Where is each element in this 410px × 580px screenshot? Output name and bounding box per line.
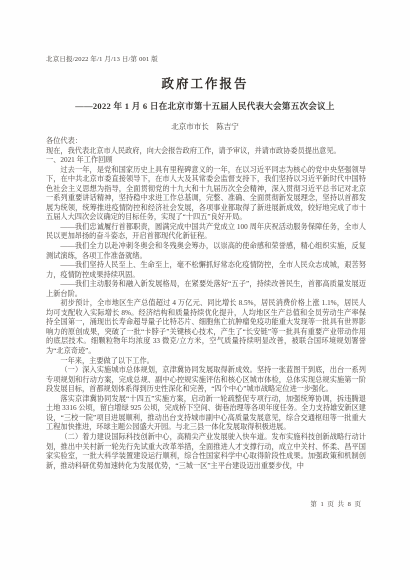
paragraph: ——我们全力以赴冲刺冬奥会和冬残奥会筹办，以崇高的使命感和荣誉感，精心组织实施，… <box>46 242 366 261</box>
paragraph: 过去一年，是党和国家历史上具有里程碑意义的一年，在以习近平同志为核心的党中央坚强… <box>46 166 366 223</box>
paragraph: （二）着力建设国际科技创新中心，高精尖产业发展驶入快车道。发布实施科技创新战略行… <box>46 433 366 471</box>
paragraph: ——我们坚持人民至上、生命至上，毫不松懈抓好常态化疫情防控，全市人民众志成城，艰… <box>46 261 366 280</box>
newspaper-masthead: 北京日报/2022 年/1 月/13 日/第 001 版 <box>46 54 158 63</box>
paragraph: 落实京津冀协同发展“十四五”实施方案，启动新一轮疏整促专项行动，加强统筹协调，拆… <box>46 395 366 433</box>
paragraph: 各位代表： <box>46 137 366 147</box>
report-byline: 北京市市长 陈吉宁 <box>0 121 410 132</box>
report-title: 政府工作报告 <box>0 74 410 92</box>
document-page: 北京日报/2022 年/1 月/13 日/第 001 版 政府工作报告 ——20… <box>0 0 410 580</box>
paragraph: 一年来，主要做了以下工作。 <box>46 357 366 367</box>
page-number: 第 1 页 共 8 页 <box>310 499 362 508</box>
paragraph: ——我们忠诚履行首都职责，圆满完成中国共产党成立 100 周年庆祝活动服务保障任… <box>46 223 366 242</box>
paragraph: 现在，我代表北京市人民政府，向大会报告政府工作，请予审议，并请市政协委员提出意见… <box>46 147 366 157</box>
report-body: 各位代表：现在，我代表北京市人民政府，向大会报告政府工作，请予审议，并请市政协委… <box>46 137 366 471</box>
paragraph: ——我们主动服务和融入新发展格局，在紧要处落好“五子”，持续改善民生，首都高质量… <box>46 280 366 299</box>
paragraph: 一、2021 年工作回顾 <box>46 156 366 166</box>
paragraph: （一）深入实施城市总体规划，京津冀协同发展取得新成效。坚持一张蓝图干到底，出台一… <box>46 366 366 395</box>
paragraph: 初步预计，全市地区生产总值超过 4 万亿元、同比增长 8.5%，居民消费价格上涨… <box>46 299 366 356</box>
report-subtitle: ——2022 年 1 月 6 日在北京市第十五届人民代表大会第五次会议上 <box>0 100 410 112</box>
